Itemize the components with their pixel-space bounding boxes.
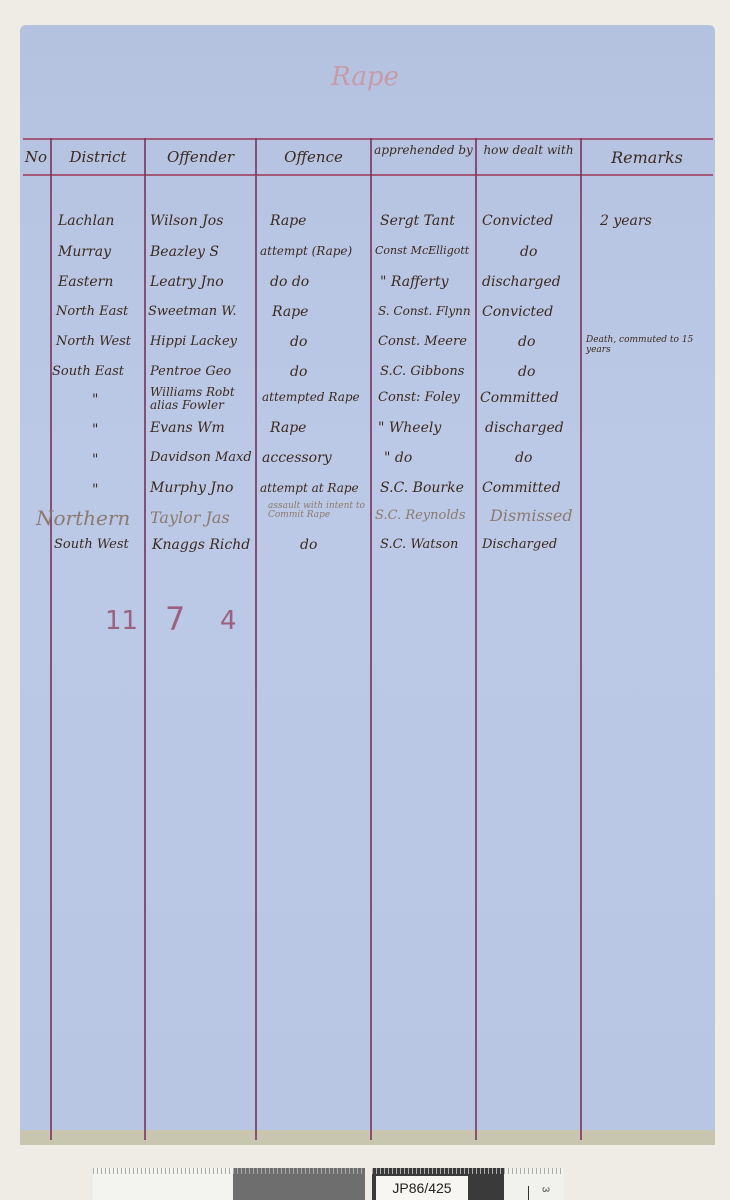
apprehended-by: Const. Meere <box>378 334 467 349</box>
how-dealt-with: Discharged <box>482 537 557 552</box>
column-rule <box>255 138 257 1140</box>
header-apprehended-by: apprehended by <box>372 143 475 158</box>
scale-bar-gray <box>233 1168 365 1200</box>
district: Northern <box>36 506 130 530</box>
apprehended-by: S.C. Watson <box>380 537 458 552</box>
scale-bar-white <box>93 1168 233 1200</box>
scale-bar-end <box>504 1168 564 1200</box>
header-offence: Offence <box>257 150 370 165</box>
how-dealt-with: Convicted <box>482 213 553 229</box>
district: " <box>92 392 98 408</box>
ruler-tick <box>528 1186 529 1200</box>
offence: do <box>290 334 307 350</box>
remarks: Death, commuted to 15 years <box>586 335 701 355</box>
district: North West <box>56 334 131 349</box>
archive-label: JP86/425 <box>376 1176 468 1200</box>
apprehended-by: " Wheely <box>378 420 441 436</box>
header-no: No <box>22 150 50 165</box>
offence: attempt (Rape) <box>260 244 352 258</box>
pencil-tally: 7 <box>165 600 185 638</box>
offence: accessory <box>262 450 332 466</box>
apprehended-by: S.C. Bourke <box>380 480 464 496</box>
sheet-torn-edge <box>20 1130 715 1145</box>
how-dealt-with: Convicted <box>482 304 553 320</box>
how-dealt-with: Committed <box>480 390 559 406</box>
header-how-dealt-with: how dealt with <box>477 143 580 158</box>
offence: Rape <box>270 420 306 436</box>
how-dealt-with: do <box>520 244 537 260</box>
offender: Evans Wm <box>150 420 225 436</box>
apprehended-by: S. Const. Flynn <box>378 304 471 318</box>
offence: do <box>290 364 307 380</box>
ruler-mark: 3 <box>539 1187 550 1193</box>
district: Eastern <box>58 274 113 290</box>
how-dealt-with: do <box>515 450 532 466</box>
district: South East <box>52 364 124 379</box>
offender: Leatry Jno <box>150 274 224 290</box>
offence: do do <box>270 274 309 290</box>
offence: do <box>300 537 317 553</box>
offender: Murphy Jno <box>150 480 233 496</box>
district: " <box>92 482 98 498</box>
header-top-rule <box>23 138 713 140</box>
remarks: 2 years <box>600 213 652 229</box>
apprehended-by: S.C. Reynolds <box>375 508 466 523</box>
offender: Wilson Jos <box>150 213 223 229</box>
pencil-tally: 4 <box>220 606 237 636</box>
offender: Hippi Lackey <box>150 334 237 349</box>
offender: Davidson Maxd <box>150 450 252 465</box>
how-dealt-with: Committed <box>482 480 561 496</box>
document-sheet <box>20 25 715 1140</box>
how-dealt-with: discharged <box>485 420 564 436</box>
page-title: Rape <box>0 62 730 92</box>
apprehended-by: Sergt Tant <box>380 213 455 229</box>
column-rule <box>580 138 582 1140</box>
pencil-tally: 11 <box>105 606 138 636</box>
district: Murray <box>58 244 111 260</box>
district: " <box>92 422 98 438</box>
offender: Knaggs Richd <box>152 537 250 553</box>
offence: Rape <box>272 304 308 320</box>
header-district: District <box>52 150 144 165</box>
apprehended-by: Const: Foley <box>378 390 460 405</box>
how-dealt-with: do <box>518 364 535 380</box>
how-dealt-with: do <box>518 334 535 350</box>
column-rule <box>50 138 52 1140</box>
apprehended-by: " do <box>384 450 412 466</box>
offender: Beazley S <box>150 244 219 260</box>
offender: Williams Robt alias Fowler <box>150 386 254 412</box>
column-rule <box>475 138 477 1140</box>
header-offender: Offender <box>146 150 255 165</box>
offence: attempted Rape <box>262 390 360 404</box>
offender: Taylor Jas <box>150 508 230 527</box>
header-bottom-rule <box>23 174 713 176</box>
header-remarks: Remarks <box>582 150 712 165</box>
offence: attempt at Rape <box>260 481 359 495</box>
offence: assault with intent to Commit Rape <box>268 502 368 520</box>
how-dealt-with: Dismissed <box>490 506 573 525</box>
column-rule <box>370 138 372 1140</box>
apprehended-by: S.C. Gibbons <box>380 364 464 379</box>
district: North East <box>56 304 128 319</box>
how-dealt-with: discharged <box>482 274 561 290</box>
offence: Rape <box>270 213 306 229</box>
column-rule <box>144 138 146 1140</box>
district: South West <box>54 537 129 552</box>
district: Lachlan <box>58 213 114 229</box>
apprehended-by: " Rafferty <box>380 274 449 290</box>
district: " <box>92 452 98 468</box>
offender: Pentroe Geo <box>150 364 231 379</box>
offender: Sweetman W. <box>148 304 236 319</box>
apprehended-by: Const McElligott <box>375 244 469 257</box>
